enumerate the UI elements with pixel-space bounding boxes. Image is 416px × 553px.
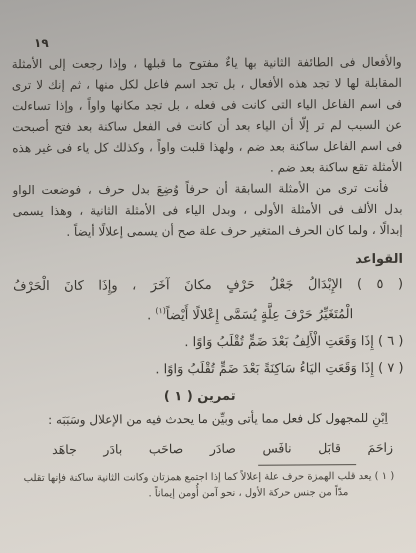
page-content: والأفعال فى الطائفة الثانية بها ياءٌ مفت… bbox=[12, 52, 405, 502]
text-line: المقابلة لها لا تجد هذه الأفعال ، بل تجد… bbox=[12, 73, 402, 96]
rule-5: ( ٥ ) الإِبْدَالُ جَعْلُ حَرْفٍ مكانَ آخ… bbox=[13, 272, 403, 329]
footnote-ref-marker: (١) bbox=[155, 306, 166, 315]
text-line: فأنت ترى من الأمثلة السابقة أن حرفاً وُض… bbox=[12, 178, 402, 201]
book-page: ١٩ والأفعال فى الطائفة الثانية بها ياءٌ … bbox=[0, 0, 416, 553]
text-line: فى اسم الفاعل الياء التى كانت فى فعله ، … bbox=[12, 94, 402, 117]
exercise-words-row: زاحَمَ قابَل نافَس صادَر صاحَب بادَر جاه… bbox=[14, 438, 404, 459]
exercise-word: صاحَب bbox=[149, 439, 184, 458]
exercise-word: زاحَمَ bbox=[367, 438, 393, 457]
exercise-word: قابَل bbox=[318, 438, 341, 457]
paragraph-1: والأفعال فى الطائفة الثانية بها ياءٌ مفت… bbox=[12, 52, 403, 180]
rule-7: ( ٧ ) إِذَا وَقَعَتِ اليَاءُ سَاكِنَةً ب… bbox=[13, 356, 403, 383]
exercise-word: بادَر bbox=[103, 440, 122, 459]
page-number: ١٩ bbox=[34, 36, 49, 50]
exercise-instruction: اِبْنِ للمجهول كل فعل مما يأتى وبيِّن ما… bbox=[14, 408, 404, 431]
rule-5-period: . bbox=[147, 308, 155, 323]
rule-6: ( ٦ ) إِذَا وَقَعَتِ الْأَلِفُ بَعْدَ ضَ… bbox=[13, 329, 403, 356]
exercise-word: نافَس bbox=[262, 438, 291, 457]
rule-5-line-2-text: الْمُتَغَيِّرُ حَرْفَ عِلَّةٍ يُسَمَّى إ… bbox=[166, 307, 353, 323]
footnote-line: مدّاً من جنس حركة الأول ، نحو آمن أُومن … bbox=[14, 484, 404, 502]
footnote: ( ١ ) يعد قلب الهمزة حرف علة إعلالاً كما… bbox=[14, 469, 404, 502]
text-line: الأمثلة تقع ساكنة بعد ضم . bbox=[12, 157, 402, 180]
text-line: إبدالًا ، ولما كان الحرف المتغير حرف علة… bbox=[13, 220, 403, 243]
rules-heading: القواعد bbox=[13, 249, 403, 272]
text-line: والأفعال فى الطائفة الثانية بها ياءٌ مفت… bbox=[12, 52, 402, 75]
footnote-separator bbox=[258, 464, 356, 466]
text-line: بدل الألف فى الأمثلة الأولى ، وبدل الياء… bbox=[13, 199, 403, 222]
exercise-word: صادَر bbox=[210, 439, 236, 458]
text-line: فى اسم الفاعل ساكنة بعد ضم ، ولهذا قلبت … bbox=[12, 136, 402, 159]
exercise-heading: تمرين ( ١ ) bbox=[5, 386, 395, 408]
paragraph-2: فأنت ترى من الأمثلة السابقة أن حرفاً وُض… bbox=[12, 178, 402, 243]
exercise-word: جاهَد bbox=[52, 440, 77, 459]
footnote-line: ( ١ ) يعد قلب الهمزة حرف علة إعلالاً كما… bbox=[14, 469, 404, 487]
text-line: عن السبب لم تر إلّا أن الياء بعد أن كانت… bbox=[12, 115, 402, 138]
rule-5-line-2: الْمُتَغَيِّرُ حَرْفَ عِلَّةٍ يُسَمَّى إ… bbox=[13, 297, 403, 329]
rule-5-line-1: ( ٥ ) الإِبْدَالُ جَعْلُ حَرْفٍ مكانَ آخ… bbox=[13, 272, 403, 299]
